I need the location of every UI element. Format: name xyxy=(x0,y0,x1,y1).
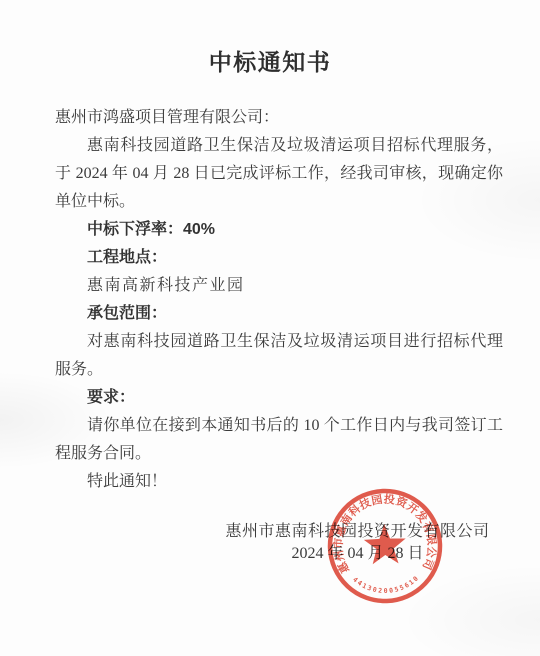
requirements-line-1: 请你单位在接到本通知书后的 10 个工作日内与我司签订工 xyxy=(55,412,503,440)
contract-scope-line-1: 对惠南科技园道路卫生保洁及垃圾清运项目进行招标代理 xyxy=(55,328,503,356)
intro-paragraph-line-3: 单位中标。 xyxy=(55,188,503,216)
intro-paragraph-line-1: 惠南科技园道路卫生保洁及垃圾清运项目招标代理服务， xyxy=(55,132,503,160)
contract-scope-line-2: 服务。 xyxy=(55,356,503,384)
seal-star-icon xyxy=(363,523,406,564)
addressee-line: 惠州市鸿盛项目管理有限公司： xyxy=(55,104,503,132)
requirements-line-2: 程服务合同。 xyxy=(55,440,503,468)
document-title: 中标通知书 xyxy=(0,44,540,77)
requirements-label: 要求： xyxy=(55,384,503,412)
project-location-value: 惠南高新科技产业园 xyxy=(55,272,503,300)
project-location-label: 工程地点： xyxy=(55,244,503,272)
contract-scope-label: 承包范围： xyxy=(55,300,503,328)
discount-rate-line: 中标下浮率：40% xyxy=(55,216,503,244)
scanned-document-page: 中标通知书 惠州市鸿盛项目管理有限公司： 惠南科技园道路卫生保洁及垃圾清运项目招… xyxy=(0,0,540,656)
company-seal-stamp: 惠州市惠南科技园投资开发有限公司 4413020055610 xyxy=(307,468,462,623)
document-body: 惠州市鸿盛项目管理有限公司： 惠南科技园道路卫生保洁及垃圾清运项目招标代理服务，… xyxy=(55,104,503,496)
intro-paragraph-line-2: 于 2024 年 04 月 28 日已完成评标工作，经我司审核，现确定你 xyxy=(55,160,503,188)
